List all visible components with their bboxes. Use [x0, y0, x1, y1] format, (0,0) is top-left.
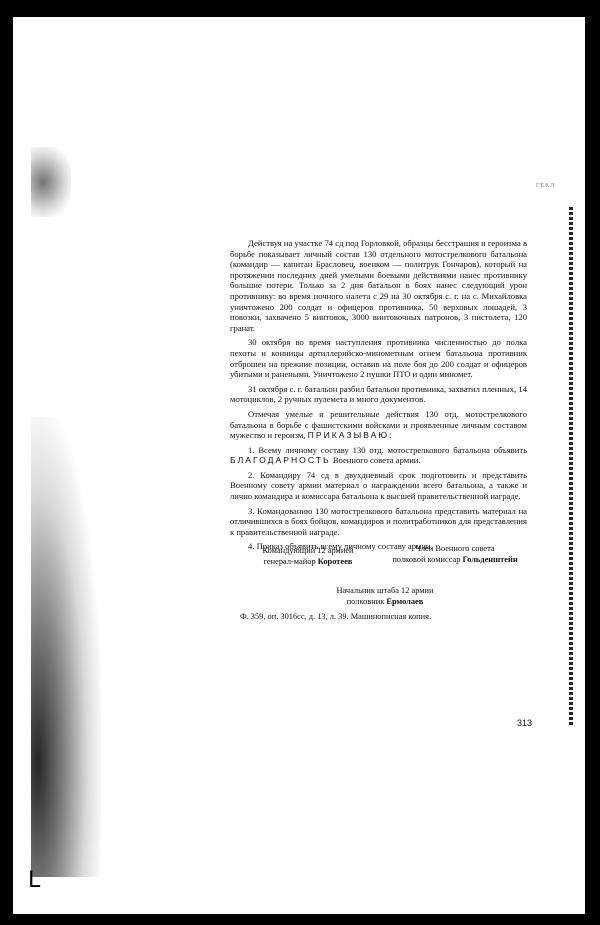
- paragraph: 31 октября с. г. батальон разбил батальо…: [230, 384, 527, 405]
- signature-title: Начальник штаба 12 армии: [310, 585, 460, 596]
- order-item-text: Военного совета армии.: [333, 455, 421, 465]
- signature-chief-of-staff: Начальник штаба 12 армии полковник Ермол…: [310, 585, 460, 607]
- signature-commander: Командующий 12 армией генерал-майор Коро…: [248, 545, 368, 567]
- archive-stamp: ГЕКЛ: [536, 183, 555, 189]
- order-word: ПРИКАЗЫВАЮ:: [308, 430, 394, 440]
- order-item-2: 2. Командиру 74 сд в двухдневный срок по…: [230, 470, 527, 502]
- scan-smudge: [31, 417, 101, 877]
- order-item-text: 1. Всему личному составу 130 отд. мотост…: [248, 445, 527, 455]
- signature-line: полковник Ермолаев: [310, 596, 460, 607]
- corner-mark: L: [28, 868, 40, 893]
- order-item-3: 3. Командованию 130 мотострелкового бата…: [230, 506, 527, 538]
- page-number: 313: [517, 718, 532, 728]
- scan-edge-artifact: [569, 207, 573, 727]
- signature-title: Член Военного совета: [380, 543, 530, 554]
- signature-title: Командующий 12 армией: [248, 545, 368, 556]
- order-item-1: 1. Всему личному составу 130 отд. мотост…: [230, 445, 527, 466]
- signature-rank: полковник: [347, 597, 385, 606]
- gratitude-word: БЛАГОДАРНОСТЬ: [230, 455, 331, 465]
- scan-smudge: [31, 147, 71, 217]
- signature-rank: полковой комиссар: [392, 555, 460, 564]
- paragraph: 30 октября во время наступления противни…: [230, 337, 527, 379]
- signature-name: Коротеев: [318, 557, 353, 566]
- signature-name: Гольденштейн: [463, 555, 518, 564]
- signature-council-member: Член Военного совета полковой комиссар Г…: [380, 543, 530, 565]
- document-body: Действуя на участке 74 сд под Горловкой,…: [230, 238, 527, 556]
- signature-line: полковой комиссар Гольденштейн: [380, 554, 530, 565]
- paragraph: Действуя на участке 74 сд под Горловкой,…: [230, 238, 527, 333]
- signature-name: Ермолаев: [386, 597, 423, 606]
- order-intro: Отмечая умелые и решительные действия 13…: [230, 409, 527, 441]
- signature-line: генерал-майор Коротеев: [248, 556, 368, 567]
- signature-rank: генерал-майор: [264, 557, 316, 566]
- archive-source: Ф. 359, оп. 3016сс, д. 13, л. 39. Машино…: [240, 612, 431, 621]
